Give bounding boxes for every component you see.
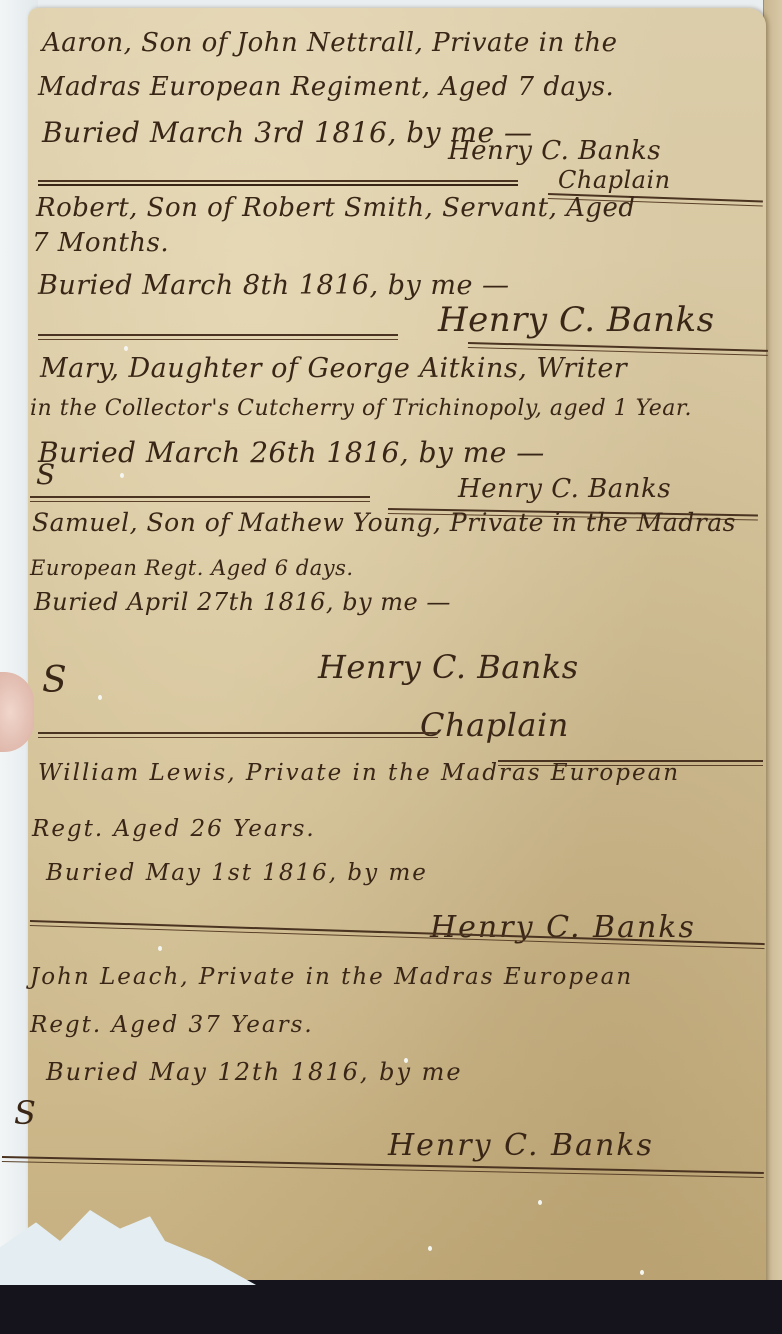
divider bbox=[38, 732, 438, 734]
divider bbox=[38, 180, 518, 182]
entry-4-line-2: European Regt. Aged 6 days. bbox=[30, 556, 354, 580]
paper-speck bbox=[404, 1058, 408, 1063]
paper-speck bbox=[428, 1246, 432, 1251]
strike-through bbox=[38, 184, 518, 186]
paper-speck bbox=[98, 695, 102, 700]
paper-speck bbox=[120, 473, 124, 478]
entry-3-line-1: Mary, Daughter of George Aitkins, Writer bbox=[40, 353, 627, 384]
entry-4-burial: Buried April 27th 1816, by me — bbox=[34, 588, 451, 616]
background-bottom-left bbox=[0, 1285, 300, 1334]
entry-2-line-1: Robert, Son of Robert Smith, Servant, Ag… bbox=[36, 193, 636, 223]
entry-5-burial: Buried May 1st 1816, by me bbox=[46, 860, 428, 886]
entry-1-title: Chaplain bbox=[558, 166, 671, 194]
entry-5-line-1: William Lewis, Private in the Madras Eur… bbox=[38, 760, 680, 786]
divider bbox=[30, 496, 370, 498]
entry-3-margin-mark: S bbox=[36, 458, 55, 491]
entry-4-line-1: Samuel, Son of Mathew Young, Private in … bbox=[32, 508, 736, 537]
entry-6-signature: Henry C. Banks bbox=[388, 1128, 654, 1163]
entry-1-line-1: Aaron, Son of John Nettrall, Private in … bbox=[42, 28, 618, 58]
entry-4-title: Chaplain bbox=[420, 706, 569, 744]
entry-6-line-2: Regt. Aged 37 Years. bbox=[30, 1012, 314, 1038]
entry-3-line-2: in the Collector's Cutcherry of Trichino… bbox=[30, 396, 692, 421]
entry-4-signature: Henry C. Banks bbox=[318, 648, 579, 686]
register-page: Aaron, Son of John Nettrall, Private in … bbox=[28, 8, 766, 1334]
entry-3-signature: Henry C. Banks bbox=[458, 474, 671, 504]
entry-2-line-2: 7 Months. bbox=[32, 228, 169, 258]
entry-2-burial: Buried March 8th 1816, by me — bbox=[38, 270, 510, 301]
paper-speck bbox=[124, 346, 128, 351]
divider bbox=[468, 342, 768, 352]
paper-speck bbox=[538, 1200, 542, 1205]
entry-2-signature: Henry C. Banks bbox=[438, 300, 715, 340]
entry-1-line-2: Madras European Regiment, Aged 7 days. bbox=[38, 72, 614, 102]
entry-1-signature: Henry C. Banks bbox=[448, 136, 661, 166]
entry-3-burial: Buried March 26th 1816, by me — bbox=[38, 436, 545, 469]
entry-6-line-1: John Leach, Private in the Madras Europe… bbox=[30, 964, 633, 990]
entry-6-margin-mark: S bbox=[14, 1094, 36, 1132]
paper-speck bbox=[158, 946, 162, 951]
divider bbox=[38, 334, 398, 336]
paper-speck bbox=[640, 1270, 644, 1275]
entry-6-burial: Buried May 12th 1816, by me bbox=[46, 1058, 463, 1086]
entry-4-margin-mark: S bbox=[42, 660, 67, 701]
entry-5-line-2: Regt. Aged 26 Years. bbox=[32, 816, 316, 842]
